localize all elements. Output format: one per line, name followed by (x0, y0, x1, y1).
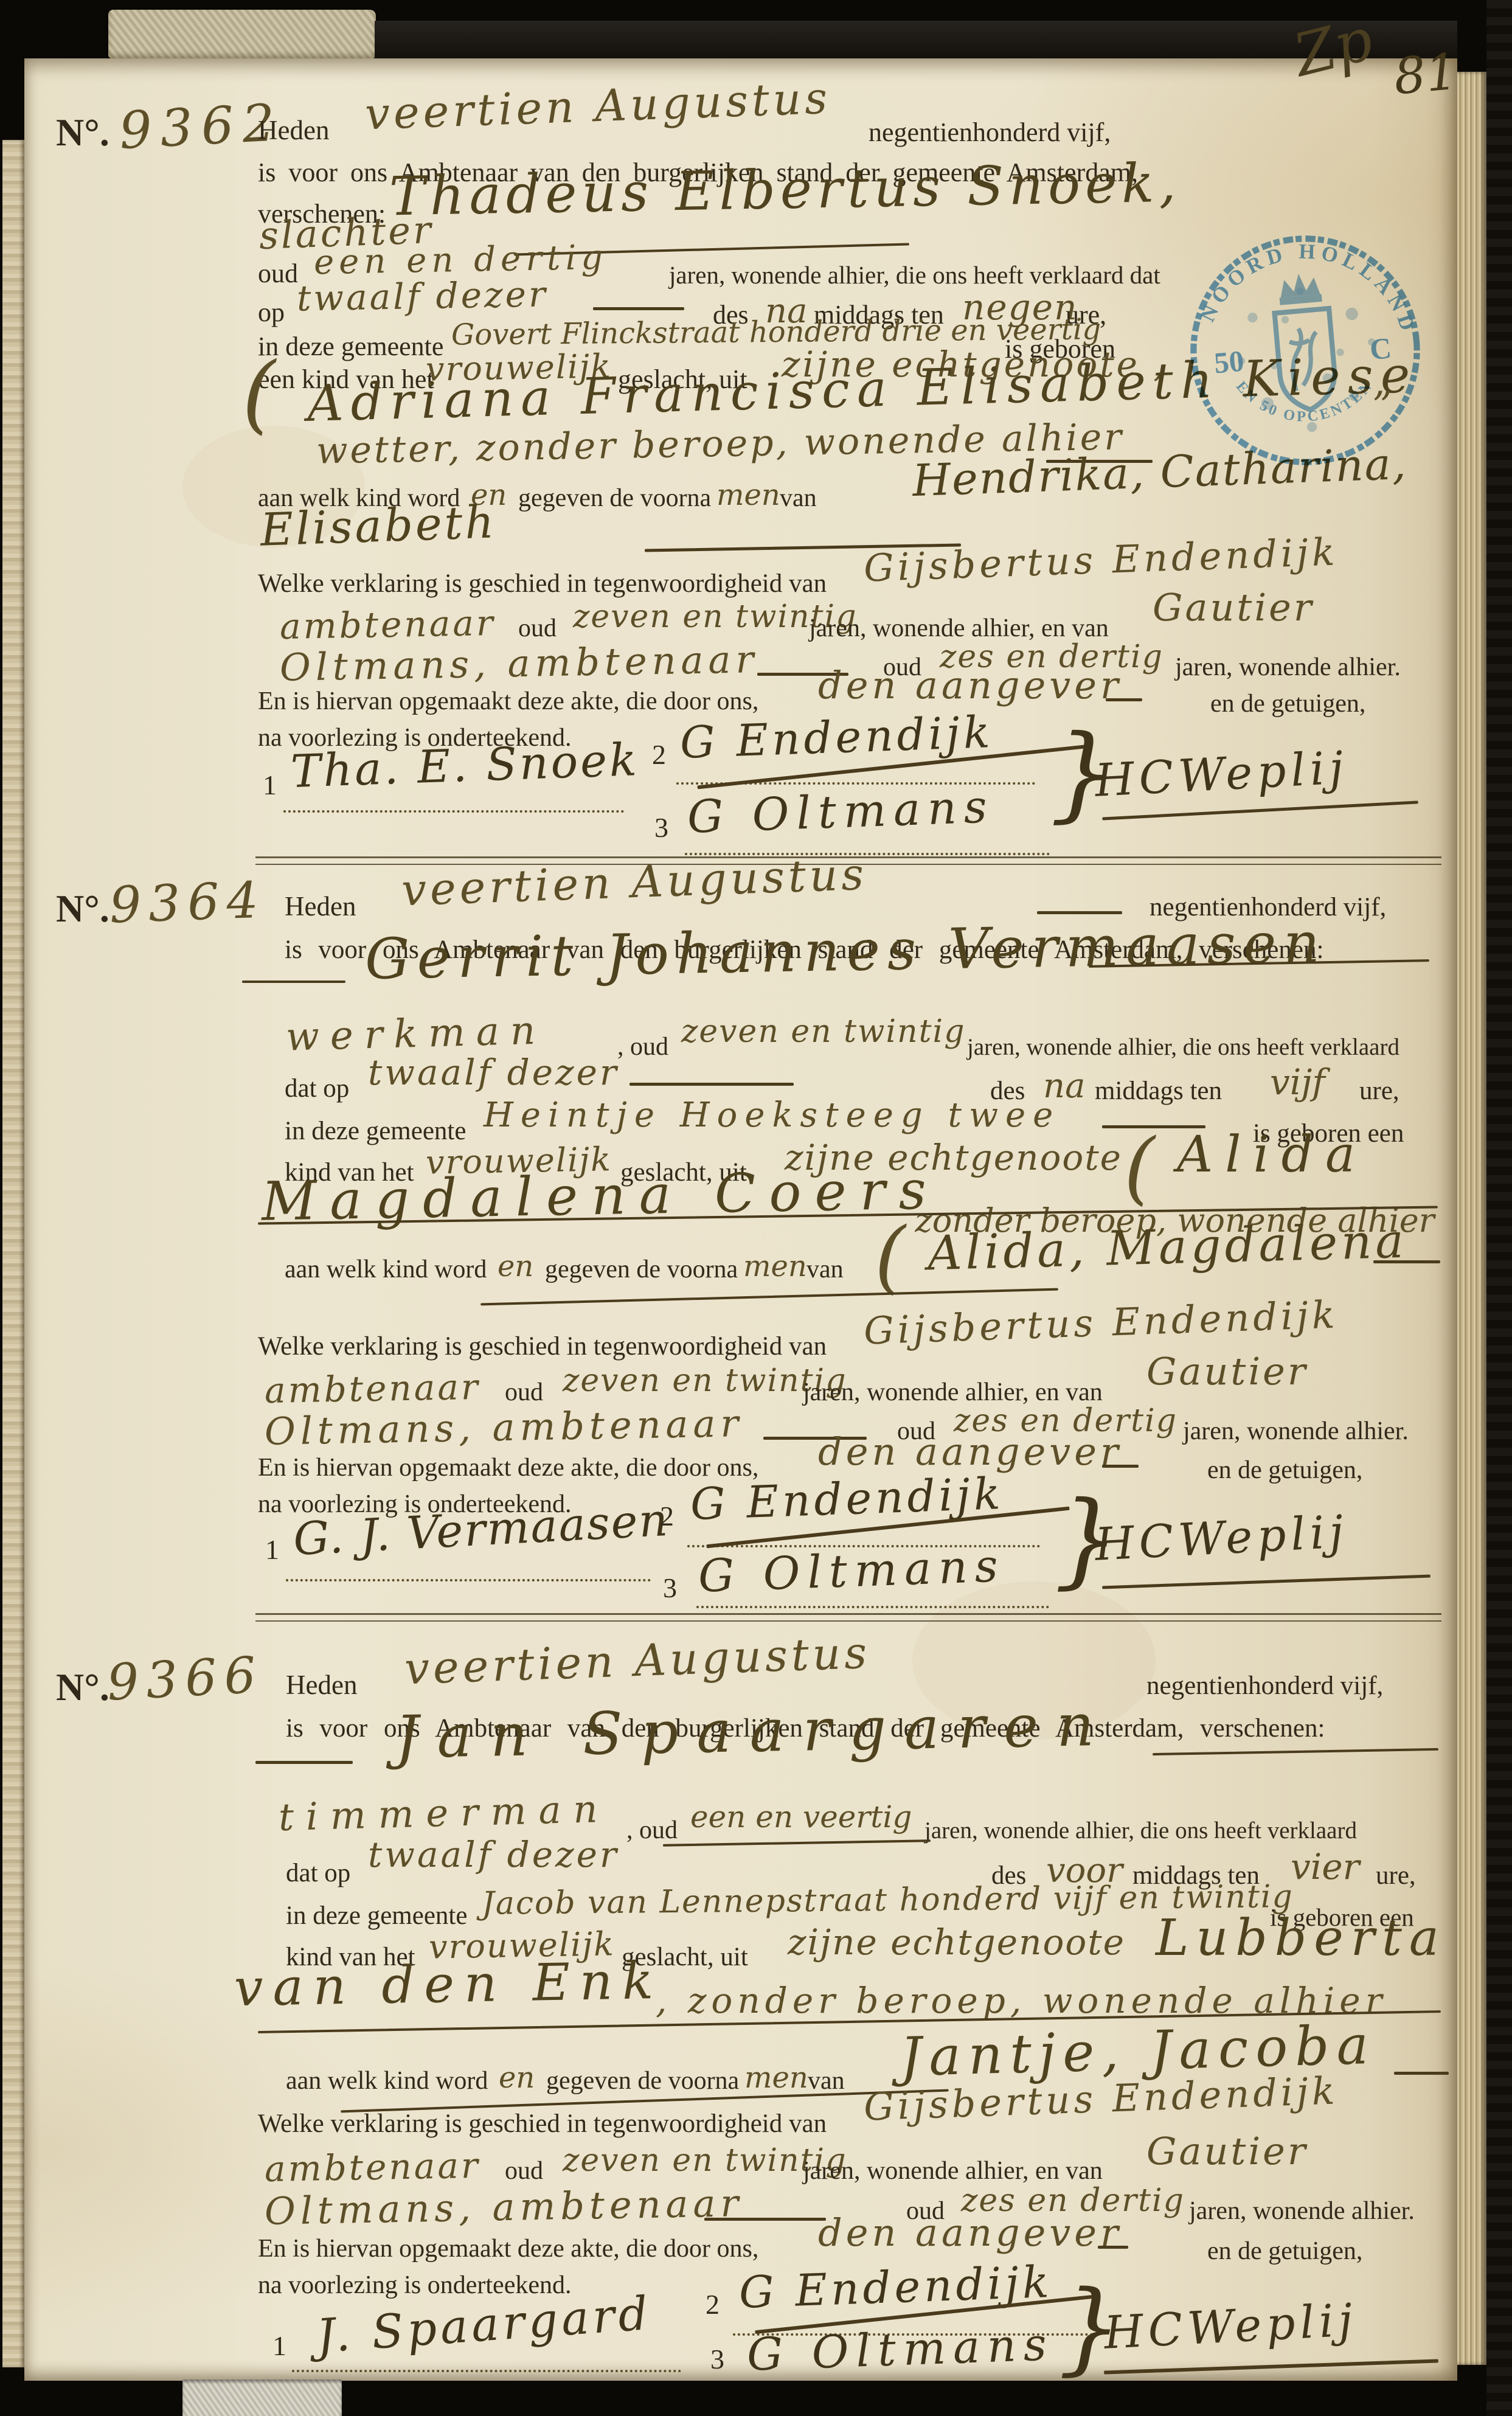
form-ure: ure, (1376, 1862, 1416, 1889)
signature-registrar: HCWeplij (1094, 1509, 1349, 1567)
form-heden: Heden (258, 117, 329, 144)
page-stack-left-edge (2, 140, 24, 2367)
ink-dash (1098, 2246, 1128, 2249)
ink-swash: ( (875, 1217, 906, 1296)
form-comma-oud: , oud (617, 1034, 668, 1060)
signature-registrar: HCWeplij (1094, 745, 1349, 804)
form-in-gemeente: in deze gemeente (258, 333, 443, 360)
form-aan-welk-kind: aan welk kind word (285, 1257, 487, 1282)
declarant-age: een en dertig (314, 241, 608, 280)
declarant-age: zeven en twintig (681, 1016, 965, 1047)
declarant-name: Jan Spaargaren (395, 1696, 1112, 1767)
stamp-value-right: C (1368, 331, 1393, 366)
signature-index-3: 3 (710, 2345, 724, 2373)
witness-2-first-name: Gautier (1146, 2133, 1308, 2170)
signature-dotted-line (292, 2370, 681, 2372)
witness-2-name: Oltmans, ambtenaar (280, 640, 759, 687)
form-op: op (258, 299, 285, 326)
form-jaren-verklaard: jaren, wonende alhier, die ons heeft ver… (967, 1035, 1399, 1059)
signature-index-1: 1 (265, 1536, 279, 1564)
form-comma-oud: , oud (626, 1817, 678, 1843)
form-jaren-alhier: jaren, wonende alhier. (1189, 2198, 1415, 2224)
signature-index-1: 1 (263, 771, 277, 799)
hand-word-ending: en (499, 2063, 535, 2092)
form-van: van (808, 2068, 845, 2094)
form-gegeven: gegeven de voorna (545, 1257, 738, 1282)
witness-1-occupation: ambtenaar (265, 2148, 481, 2187)
record-number: 9366 (106, 1650, 265, 1708)
form-heden: Heden (285, 893, 356, 920)
witness-2-name: Oltmans, ambtenaar (265, 1404, 744, 1451)
ink-dash (1106, 698, 1142, 701)
declarant-occupation: werkman (285, 1011, 547, 1057)
form-dat-op: dat op (286, 1860, 350, 1886)
aangever-hand: den aangever (818, 2214, 1122, 2252)
form-en-de-getuigen: en de getuigen, (1207, 1457, 1362, 1483)
mother-first-name: Alida (1177, 1130, 1367, 1180)
page-stack-fore-edge (1457, 72, 1486, 2365)
signature-index-2: 2 (660, 1502, 674, 1530)
form-middags-ten: middags ten (1095, 1078, 1222, 1104)
registry-book-photo: Zp 81 N°. 9362 Heden veertien Augustus n… (0, 0, 1512, 2416)
record-number: 9364 (109, 876, 266, 931)
signature-index-3: 3 (654, 814, 668, 842)
form-welke-verklaring: Welke verklaring is geschied in tegenwoo… (258, 571, 827, 597)
ink-dash (1102, 1465, 1139, 1468)
form-in-gemeente: in deze gemeente (285, 1118, 466, 1144)
child-given-names-2: Elisabeth (260, 499, 497, 552)
form-gegeven: gegeven de voorna (546, 2068, 739, 2094)
record-no-label: N°. (56, 113, 109, 152)
declarant-occupation: timmerman (278, 1790, 610, 1836)
form-en-is-hiervan: En is hiervan opgemaakt deze akte, die d… (258, 2236, 758, 2262)
declarant-name: Thadeus Elbertus Snoek, (389, 156, 1181, 224)
revenue-stamp: NOORD HOLLAND EN 50 OPCENTEN 50 C (1171, 216, 1440, 485)
form-jaren-en-van: jaren, wonende alhier, en van (803, 1380, 1103, 1405)
birth-day: twaalf dezer (368, 1055, 619, 1090)
ink-dash (1394, 2072, 1449, 2075)
signature-index-1: 1 (272, 2332, 286, 2360)
signature-witness-2: G Oltmans (687, 784, 995, 840)
hand-word-ending: en (498, 1252, 533, 1281)
form-dat-op: dat op (285, 1075, 349, 1102)
aangever-hand: den aangever (818, 667, 1122, 704)
hand-word-ending: men (743, 1252, 807, 1281)
form-jaren-dat: jaren, wonende alhier, die ons heeft ver… (669, 263, 1160, 288)
record-divider (255, 1613, 1441, 1622)
ink-swash: ( (242, 352, 276, 437)
signature-dotted-line (696, 1606, 1049, 1608)
birth-hour: vijf (1270, 1064, 1325, 1100)
witness-1-occupation: ambtenaar (265, 1369, 481, 1408)
form-welke-verklaring: Welke verklaring is geschied in tegenwoo… (258, 2111, 827, 2137)
form-year: negentienhonderd vijf, (869, 119, 1111, 146)
form-jaren-alhier: jaren, wonende alhier. (1183, 1418, 1409, 1444)
signature-index-3: 3 (663, 1574, 677, 1602)
record-no-label: N°. (56, 1668, 109, 1707)
mother-first-name: Lubberta (1156, 1914, 1446, 1963)
form-ure: ure, (1359, 1078, 1399, 1104)
form-aan-welk-kind: aan welk kind word (286, 2068, 488, 2094)
declarant-name: Gerrit Johannes Vermaasen (364, 915, 1327, 988)
declarant-age: een en veertig (690, 1802, 912, 1832)
form-en-de-getuigen: en de getuigen, (1210, 691, 1365, 717)
book-cover-right (1486, 0, 1512, 2416)
form-gegeven: gegeven de voorna (518, 485, 711, 511)
form-year: negentienhonderd vijf, (1146, 1673, 1383, 1699)
form-heden: Heden (286, 1671, 357, 1699)
hand-word-ending: men (744, 2063, 808, 2092)
ink-dash (242, 981, 345, 983)
stamp-shield (1275, 308, 1338, 412)
child-given-names: Alida, Magdalena (927, 1218, 1408, 1278)
form-oud: oud (505, 2158, 543, 2184)
form-jaren-en-van: jaren, wonende alhier, en van (809, 616, 1109, 641)
form-welke-verklaring: Welke verklaring is geschied in tegenwoo… (258, 1333, 827, 1359)
signature-dotted-line (286, 1579, 651, 1581)
stamp-lion-figure (1288, 327, 1321, 392)
folio-number: 81 (1392, 47, 1460, 103)
form-en-de-getuigen: en de getuigen, (1207, 2238, 1362, 2264)
ink-swash: ( (1124, 1128, 1155, 1207)
ink-dash (629, 1083, 794, 1086)
birth-day: twaalf dezer (297, 276, 549, 316)
aangever-hand: den aangever (818, 1433, 1122, 1471)
signature-witness-2: G Oltmans (746, 2322, 1055, 2378)
form-jaren-alhier: jaren, wonende alhier. (1175, 654, 1401, 680)
signature-witness-2: G Oltmans (698, 1543, 1006, 1599)
form-oud: oud (505, 1380, 543, 1405)
form-en-is-hiervan: En is hiervan opgemaakt deze akte, die d… (258, 1455, 758, 1480)
book-headband-fabric (108, 10, 376, 58)
signature-witness-1: G Endendijk (679, 710, 994, 765)
form-oud: oud (518, 616, 557, 641)
signature-index-2: 2 (652, 741, 666, 769)
ink-dash (255, 1761, 353, 1764)
form-jaren-verklaard: jaren, wonende alhier, die ons heeft ver… (924, 1819, 1357, 1842)
hand-word-ending: men (716, 481, 780, 510)
ink-dash (593, 307, 684, 310)
form-van: van (780, 485, 817, 511)
form-van: van (806, 1257, 844, 1282)
form-in-gemeente: in deze gemeente (286, 1903, 467, 1929)
clerk-initials-mark: Zp (1288, 10, 1378, 85)
signature-dotted-line (283, 810, 624, 813)
spouse-intro: zijne echtgenoote (788, 1925, 1125, 1960)
witness-2-first-name: Gautier (1146, 1353, 1308, 1390)
signature-index-2: 2 (706, 2291, 720, 2319)
signature-registrar: HCWeplij (1103, 2297, 1358, 2356)
ink-dash (704, 2218, 826, 2221)
witness-2-name: Oltmans, ambtenaar (265, 2184, 744, 2230)
birth-hour: vier (1291, 1849, 1359, 1884)
form-oud: oud (258, 260, 298, 287)
form-jaren-en-van: jaren, wonende alhier, en van (803, 2158, 1103, 2184)
record-no-label: N°. (56, 889, 109, 928)
form-en-is-hiervan: En is hiervan opgemaakt deze akte, die d… (258, 689, 758, 714)
signature-declarant: Tha. E. Snoek (290, 737, 640, 794)
birth-day: twaalf dezer (368, 1837, 619, 1872)
birth-address: Heintje Hoeksteeg twee (484, 1099, 1060, 1133)
mother-name: van den Enk (234, 1955, 663, 2013)
witness-2-first-name: Gautier (1153, 589, 1314, 627)
ink-dash (1373, 1260, 1440, 1263)
book-tail-fabric (182, 2380, 342, 2416)
witness-1-occupation: ambtenaar (280, 605, 496, 644)
